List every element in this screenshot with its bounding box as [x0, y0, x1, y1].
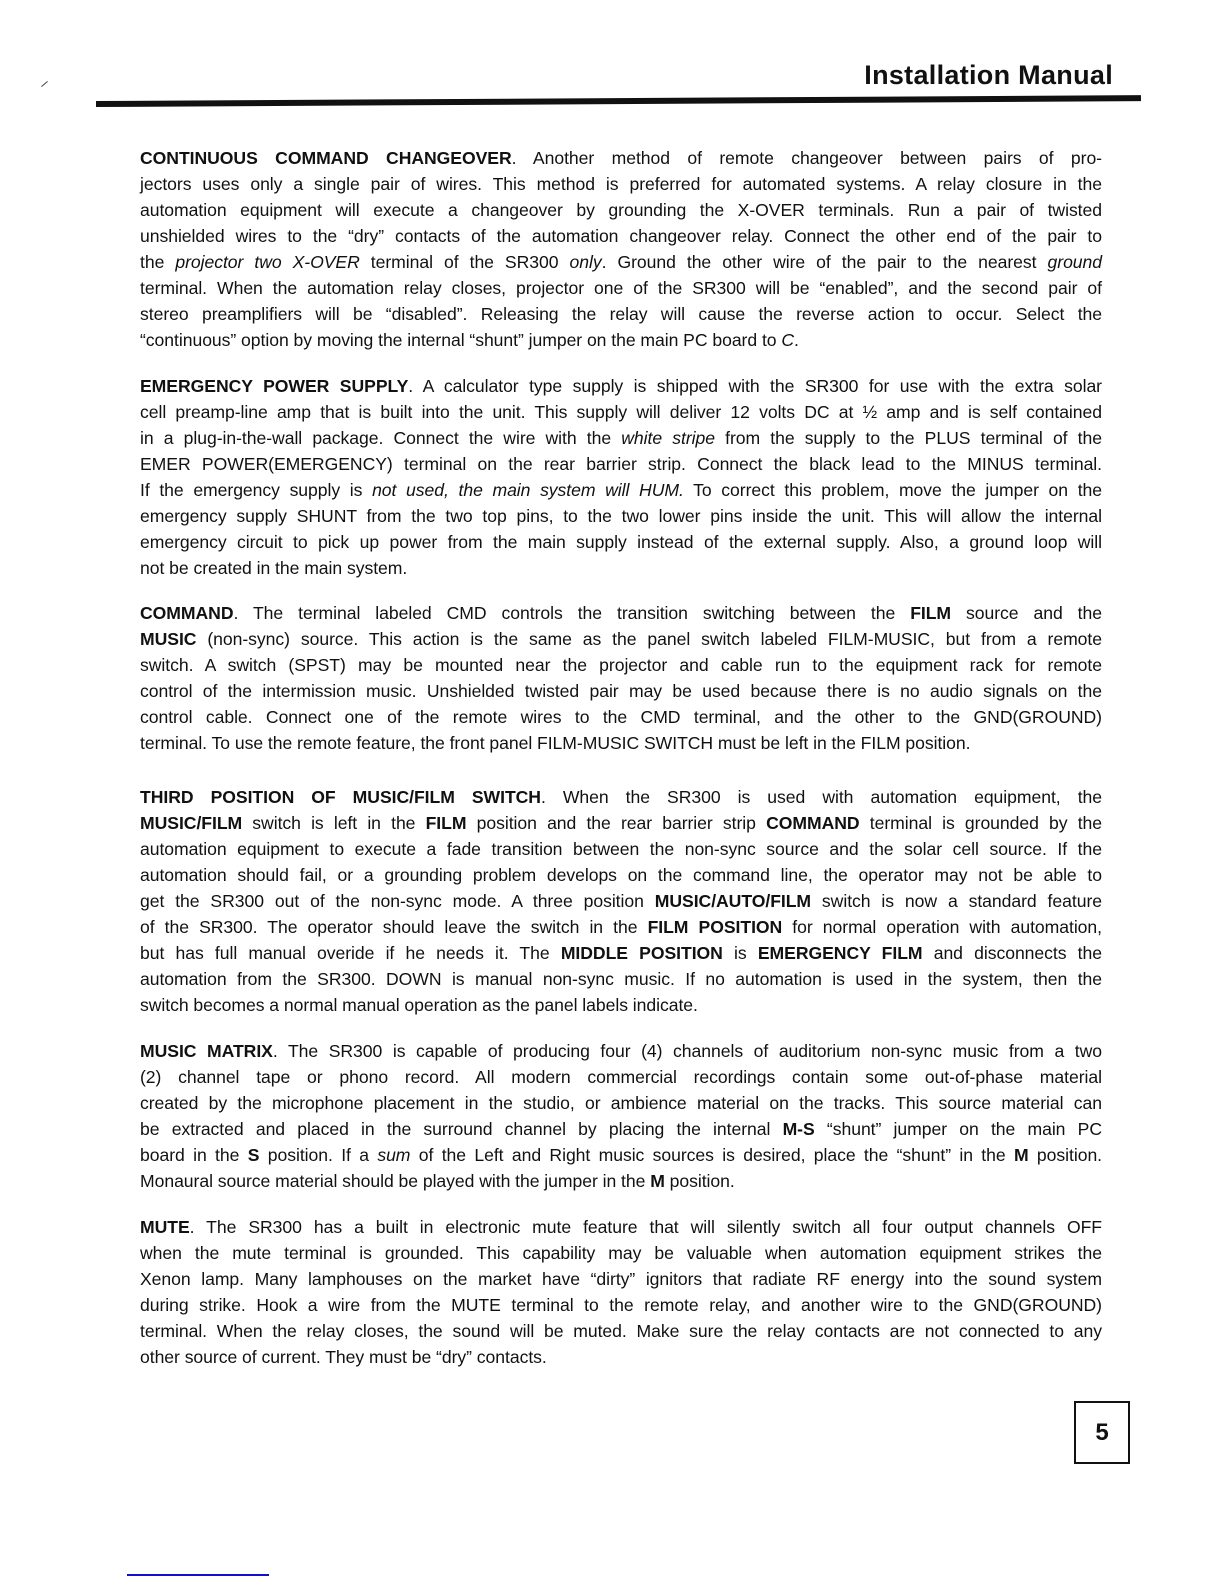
section-continuous-command-changeover: CONTINUOUS COMMAND CHANGEOVER. Another m… — [140, 145, 1102, 353]
paragraph-line: control of the intermission music. Unshi… — [140, 678, 1102, 704]
page-number-box: 5 — [1074, 1401, 1130, 1464]
paragraph-line: but has full manual overide if he needs … — [140, 940, 1102, 966]
paragraph-line: terminal. When the relay closes, the sou… — [140, 1318, 1102, 1344]
paragraph-line: be extracted and placed in the surround … — [140, 1116, 1102, 1142]
paragraph-line: emergency circuit to pick up power from … — [140, 529, 1102, 555]
paragraph-line: If the emergency supply is not used, the… — [140, 477, 1102, 503]
paragraph-line: terminal. When the automation relay clos… — [140, 275, 1102, 301]
section-third-position-music-film-switch: THIRD POSITION OF MUSIC/FILM SWITCH. Whe… — [140, 784, 1102, 1018]
paragraph-line: (2) channel tape or phono record. All mo… — [140, 1064, 1102, 1090]
paragraph-line: automation should fail, or a grounding p… — [140, 862, 1102, 888]
section-mute: MUTE. The SR300 has a built in electroni… — [140, 1214, 1102, 1370]
paragraph-line: automation equipment to execute a fade t… — [140, 836, 1102, 862]
paragraph-line: switch becomes a normal manual operation… — [140, 992, 1102, 1018]
paragraph-line: “continuous” option by moving the intern… — [140, 327, 1102, 353]
paragraph-line: jectors uses only a single pair of wires… — [140, 171, 1102, 197]
paragraph-line: MUTE. The SR300 has a built in electroni… — [140, 1214, 1102, 1240]
paragraph-line: board in the S position. If a sum of the… — [140, 1142, 1102, 1168]
paragraph-line: Monaural source material should be playe… — [140, 1168, 1102, 1194]
section-music-matrix: MUSIC MATRIX. The SR300 is capable of pr… — [140, 1038, 1102, 1194]
paragraph-line: control cable. Connect one of the remote… — [140, 704, 1102, 730]
paragraph-line: EMER POWER(EMERGENCY) terminal on the re… — [140, 451, 1102, 477]
paragraph-line: other source of current. They must be “d… — [140, 1344, 1102, 1370]
paragraph-line: MUSIC/FILM switch is left in the FILM po… — [140, 810, 1102, 836]
paragraph-line: created by the microphone placement in t… — [140, 1090, 1102, 1116]
paragraph-line: during strike. Hook a wire from the MUTE… — [140, 1292, 1102, 1318]
paragraph-line: Xenon lamp. Many lamphouses on the marke… — [140, 1266, 1102, 1292]
paragraph-line: the projector two X-OVER terminal of the… — [140, 249, 1102, 275]
paragraph-line: stereo preamplifiers will be “disabled”.… — [140, 301, 1102, 327]
page-number: 5 — [1095, 1419, 1108, 1447]
paragraph-line: unshielded wires to the “dry” contacts o… — [140, 223, 1102, 249]
header-rule — [96, 95, 1141, 107]
paragraph-line: MUSIC (non-sync) source. This action is … — [140, 626, 1102, 652]
paragraph-line: automation equipment will execute a chan… — [140, 197, 1102, 223]
paragraph-line: COMMAND. The terminal labeled CMD contro… — [140, 600, 1102, 626]
paragraph-line: terminal. To use the remote feature, the… — [140, 730, 1102, 756]
paragraph-line: CONTINUOUS COMMAND CHANGEOVER. Another m… — [140, 145, 1102, 171]
document-title: Installation Manual — [864, 60, 1113, 91]
section-emergency-power-supply: EMERGENCY POWER SUPPLY. A calculator typ… — [140, 373, 1102, 581]
scan-mark — [41, 81, 48, 87]
paragraph-line: get the SR300 out of the non-sync mode. … — [140, 888, 1102, 914]
footer-link-underline[interactable] — [127, 1574, 269, 1576]
paragraph-line: automation from the SR300. DOWN is manua… — [140, 966, 1102, 992]
paragraph-line: not be created in the main system. — [140, 555, 1102, 581]
section-command: COMMAND. The terminal labeled CMD contro… — [140, 600, 1102, 756]
paragraph-line: cell preamp-line amp that is built into … — [140, 399, 1102, 425]
paragraph-line: THIRD POSITION OF MUSIC/FILM SWITCH. Whe… — [140, 784, 1102, 810]
paragraph-line: in a plug-in-the-wall package. Connect t… — [140, 425, 1102, 451]
paragraph-line: EMERGENCY POWER SUPPLY. A calculator typ… — [140, 373, 1102, 399]
paragraph-line: switch. A switch (SPST) may be mounted n… — [140, 652, 1102, 678]
paragraph-line: emergency supply SHUNT from the two top … — [140, 503, 1102, 529]
paragraph-line: MUSIC MATRIX. The SR300 is capable of pr… — [140, 1038, 1102, 1064]
paragraph-line: when the mute terminal is grounded. This… — [140, 1240, 1102, 1266]
paragraph-line: of the SR300. The operator should leave … — [140, 914, 1102, 940]
